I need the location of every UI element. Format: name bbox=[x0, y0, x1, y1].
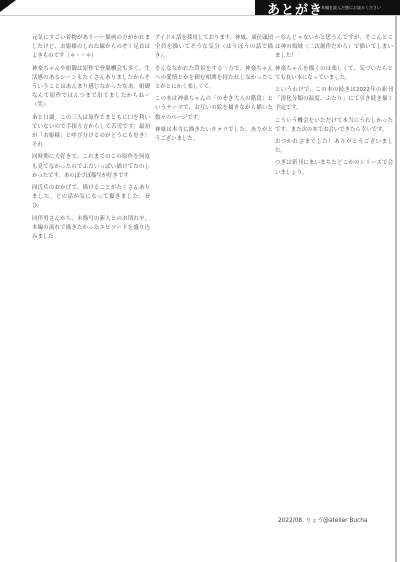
afterword-header: あとがき 本編を読んだ後にお読みください bbox=[255, 0, 400, 16]
text-column-1: 元気にすごい着物がありーー描画の方がかれましたけど、お姫様のしれた線からのぞく足… bbox=[32, 34, 150, 245]
paragraph: 同伴男さんから、未描写の新人とのお別れや、本編の流れで描きたかったエピソードを盛… bbox=[32, 215, 150, 243]
paragraph: 同氏兵のおかげで、描けることがたくさんありました。どの話が気になって描きました。… bbox=[32, 184, 150, 212]
paragraph: 神楽ちゃんや姐御は原作で登場機会も多く、生活感のあるシーンもたくさんありましたか… bbox=[32, 65, 150, 111]
paragraph: 神楽ちゃんを描くのは楽しくて、気づいたらとても長い本になっていました。 bbox=[275, 65, 393, 83]
paragraph: あと口調。この三人は原作でまともに口を利いていないので手探り方からして苦労です。… bbox=[32, 114, 150, 151]
paragraph: というわけで、この本の続きは2022年の新刊「溶化分類の温度、ふたり」にて引き続… bbox=[275, 86, 393, 114]
paragraph: そんななかれた背景をする一方で、神楽ちゃんへの愛情とかを頼む相関を持たれしなかっ… bbox=[155, 65, 273, 93]
paragraph: つぎは新刊にまいまちたどこかのシリーズで会いましょう。 bbox=[275, 159, 393, 177]
paragraph: おつかれさまでした！ありがとうございました。 bbox=[275, 138, 393, 156]
page-edge bbox=[395, 16, 397, 562]
header-rule bbox=[0, 15, 400, 16]
text-column-2: アイドル話を採用しております。神威、東仕頭団全員を描いてそうな気分（ほうぼうの話… bbox=[155, 34, 273, 147]
paragraph: 同時期に大好きで、これまでのこの原作を何度も見てなかったのでふたいっぱい描けてた… bbox=[32, 153, 150, 181]
header-subtitle: 本編を読んだ後にお読みください bbox=[321, 5, 381, 11]
paragraph: 元気にすごい着物がありーー描画の方がかれましたけど、お姫様のしれた線からのぞく足… bbox=[32, 34, 150, 62]
paragraph: ーなんじゃないかと思うんですが、そこんとこは神の領域（二次創作だから）で描いてし… bbox=[275, 34, 393, 62]
paragraph: 神威は本当に描きたいキャラでした。ありがとうございました。 bbox=[155, 126, 273, 144]
text-column-3: ーなんじゃないかと思うんですが、そこんとこは神の領域（二次創作だから）で描いてし… bbox=[275, 34, 393, 181]
paragraph: こういう機会をいただけて本当にうれしかったです。また次の本でお会いできたら幸いで… bbox=[275, 117, 393, 135]
signature: 2022/08. りょう@atelier Bucha bbox=[278, 515, 367, 524]
paragraph: アイドル話を採用しております。神威、東仕頭団全員を描いてそうな気分（ほうぼうの話… bbox=[155, 34, 273, 62]
corner-decoration bbox=[0, 0, 16, 12]
paragraph: この本は神楽ちゃんの「のぞき大人の階段」というテーマで、お互いの絵を描きながら描… bbox=[155, 95, 273, 123]
